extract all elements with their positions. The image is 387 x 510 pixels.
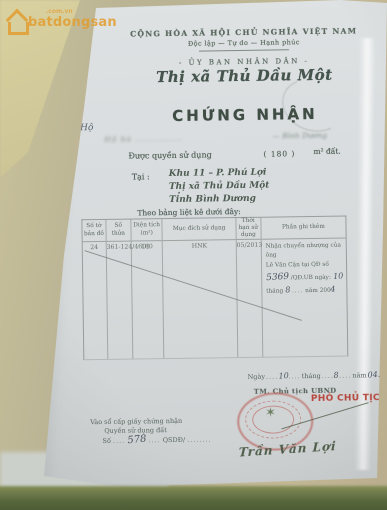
table-col-map-sheet: Số tờ bản đồ 24 [82,220,108,359]
handwritten-margin-mark: Hộ [80,123,93,133]
cell-term: 05/2013 [236,240,260,254]
address-line-2: Thị xã Thủ Dầu Một [169,180,339,192]
notes-printed-4: tháng [266,289,283,295]
certificate-title: CHỨNG NHẬN [110,104,380,126]
dotted-leader: .... [292,288,303,294]
area-unit: m² đất. [313,147,340,156]
registry-line-1: Vào sổ cấp giấy chứng nhận [90,417,182,426]
date-handwritten-month: 8 [334,371,340,380]
house-icon [8,22,29,35]
cell-area: 180 [131,241,162,255]
cell-purpose: HNK [163,240,236,255]
registry-number-line: Số ....578.... QSDĐ/ ........ [102,433,211,446]
watermark-brand: batdongsan [28,15,117,30]
dotted-leader: .... [113,437,125,445]
col-header: Diện tích (m²) [131,219,162,241]
notes-printed-5: năm 200 [305,288,331,294]
notes-printed-1: Nhận chuyển nhượng của ông [266,243,341,259]
signer-position: PHÓ CHỦ TỊCH [311,393,387,404]
certificate-paper: CỘNG HÒA XÃ HỘI CHỦ NGHĨA VIỆT NAM Độc l… [0,0,387,510]
green-fabric-strip [0,486,387,510]
dotted-leader: .... [266,372,278,380]
notes-handwritten-year-digit: 4 [330,284,336,297]
date-prefix: Ngày [248,373,266,381]
date-handwritten-year: 04. [367,370,380,380]
cell-notes: Nhận chuyển nhượng của ông Lê Văn Cận tạ… [261,239,346,298]
col-header: Mục đích sử dụng [163,218,236,241]
address-line-1: Khu 11 – P. Phú Lợi [169,167,339,179]
table-col-area: Diện tích (m²) 180 [131,219,165,358]
certificate-content: CỘNG HÒA XÃ HỘI CHỦ NGHĨA VIỆT NAM Độc l… [0,0,387,510]
photo-scene: CỘNG HÒA XÃ HỘI CHỦ NGHĨA VIỆT NAM Độc l… [0,0,387,510]
registry-handwritten-number: 578 [127,434,147,447]
col-header: Số thửa [106,220,130,242]
watermark-logo: .com.vn batdongsan [3,8,88,42]
date-handwritten-day: 10 [278,371,289,381]
motto-underline [199,49,289,51]
notes-printed-2: Lê Văn Cận tại QĐ số [266,261,329,268]
national-motto-line2: Độc lập — Tự do — Hạnh phúc [109,37,379,49]
table-intro: Theo bảng liệt kê dưới đây: [137,207,241,217]
notes-handwritten-month: 8 [285,284,291,297]
blurred-name-left: Hộ bà .............. [104,134,183,144]
address-line-3: Tỉnh Bình Dương [169,193,339,205]
notes-handwritten-decision-no: 5369 [266,270,290,286]
dotted-leader: .... [322,372,334,380]
dotted-leader: .... [339,371,351,379]
table-col-notes: Phần ghi thêm Nhận chuyển nhượng của ông… [261,217,347,357]
issue-date-line: Ngày....10....tháng....8....năm04. [247,370,381,381]
area-value: ( 180 ) [263,149,295,158]
col-header: Phần ghi thêm [261,217,346,240]
stamp-star-icon: ✶ [265,406,276,421]
at-label: Tại : [132,172,150,181]
land-parcel-table: Số tờ bản đồ 24 Số thửa 361-124/4601 Diệ… [81,216,348,361]
dotted-leader: .... [288,372,300,380]
grant-label: Được quyền sử dụng [128,150,211,160]
dotted-leader: ........ [187,435,212,443]
notes-printed-3: /QĐ.UB ngày: [291,275,331,282]
dotted-leader: .... [148,436,160,444]
blurred-name-right: — Bình Dương [272,131,327,141]
table-col-parcel-no: Số thửa 361-124/4601 [106,220,133,359]
cell-parcel-no: 361-124/4601 [106,242,130,256]
registry-number-suffix: QSDĐ/ [163,436,186,444]
col-header: Thời hạn sử dụng [236,218,260,240]
notes-handwritten-day: 10 [332,270,343,283]
watermark-domain: .com.vn [46,8,73,15]
date-mid1: tháng [302,372,321,380]
table-col-term: Thời hạn sử dụng 05/2013 [236,218,263,357]
registry-number-prefix: Số [102,437,111,445]
date-mid2: năm [352,371,366,379]
col-header: Số tờ bản đồ [82,220,105,242]
locality-title: Thị xã Thủ Dầu Một [109,65,379,87]
